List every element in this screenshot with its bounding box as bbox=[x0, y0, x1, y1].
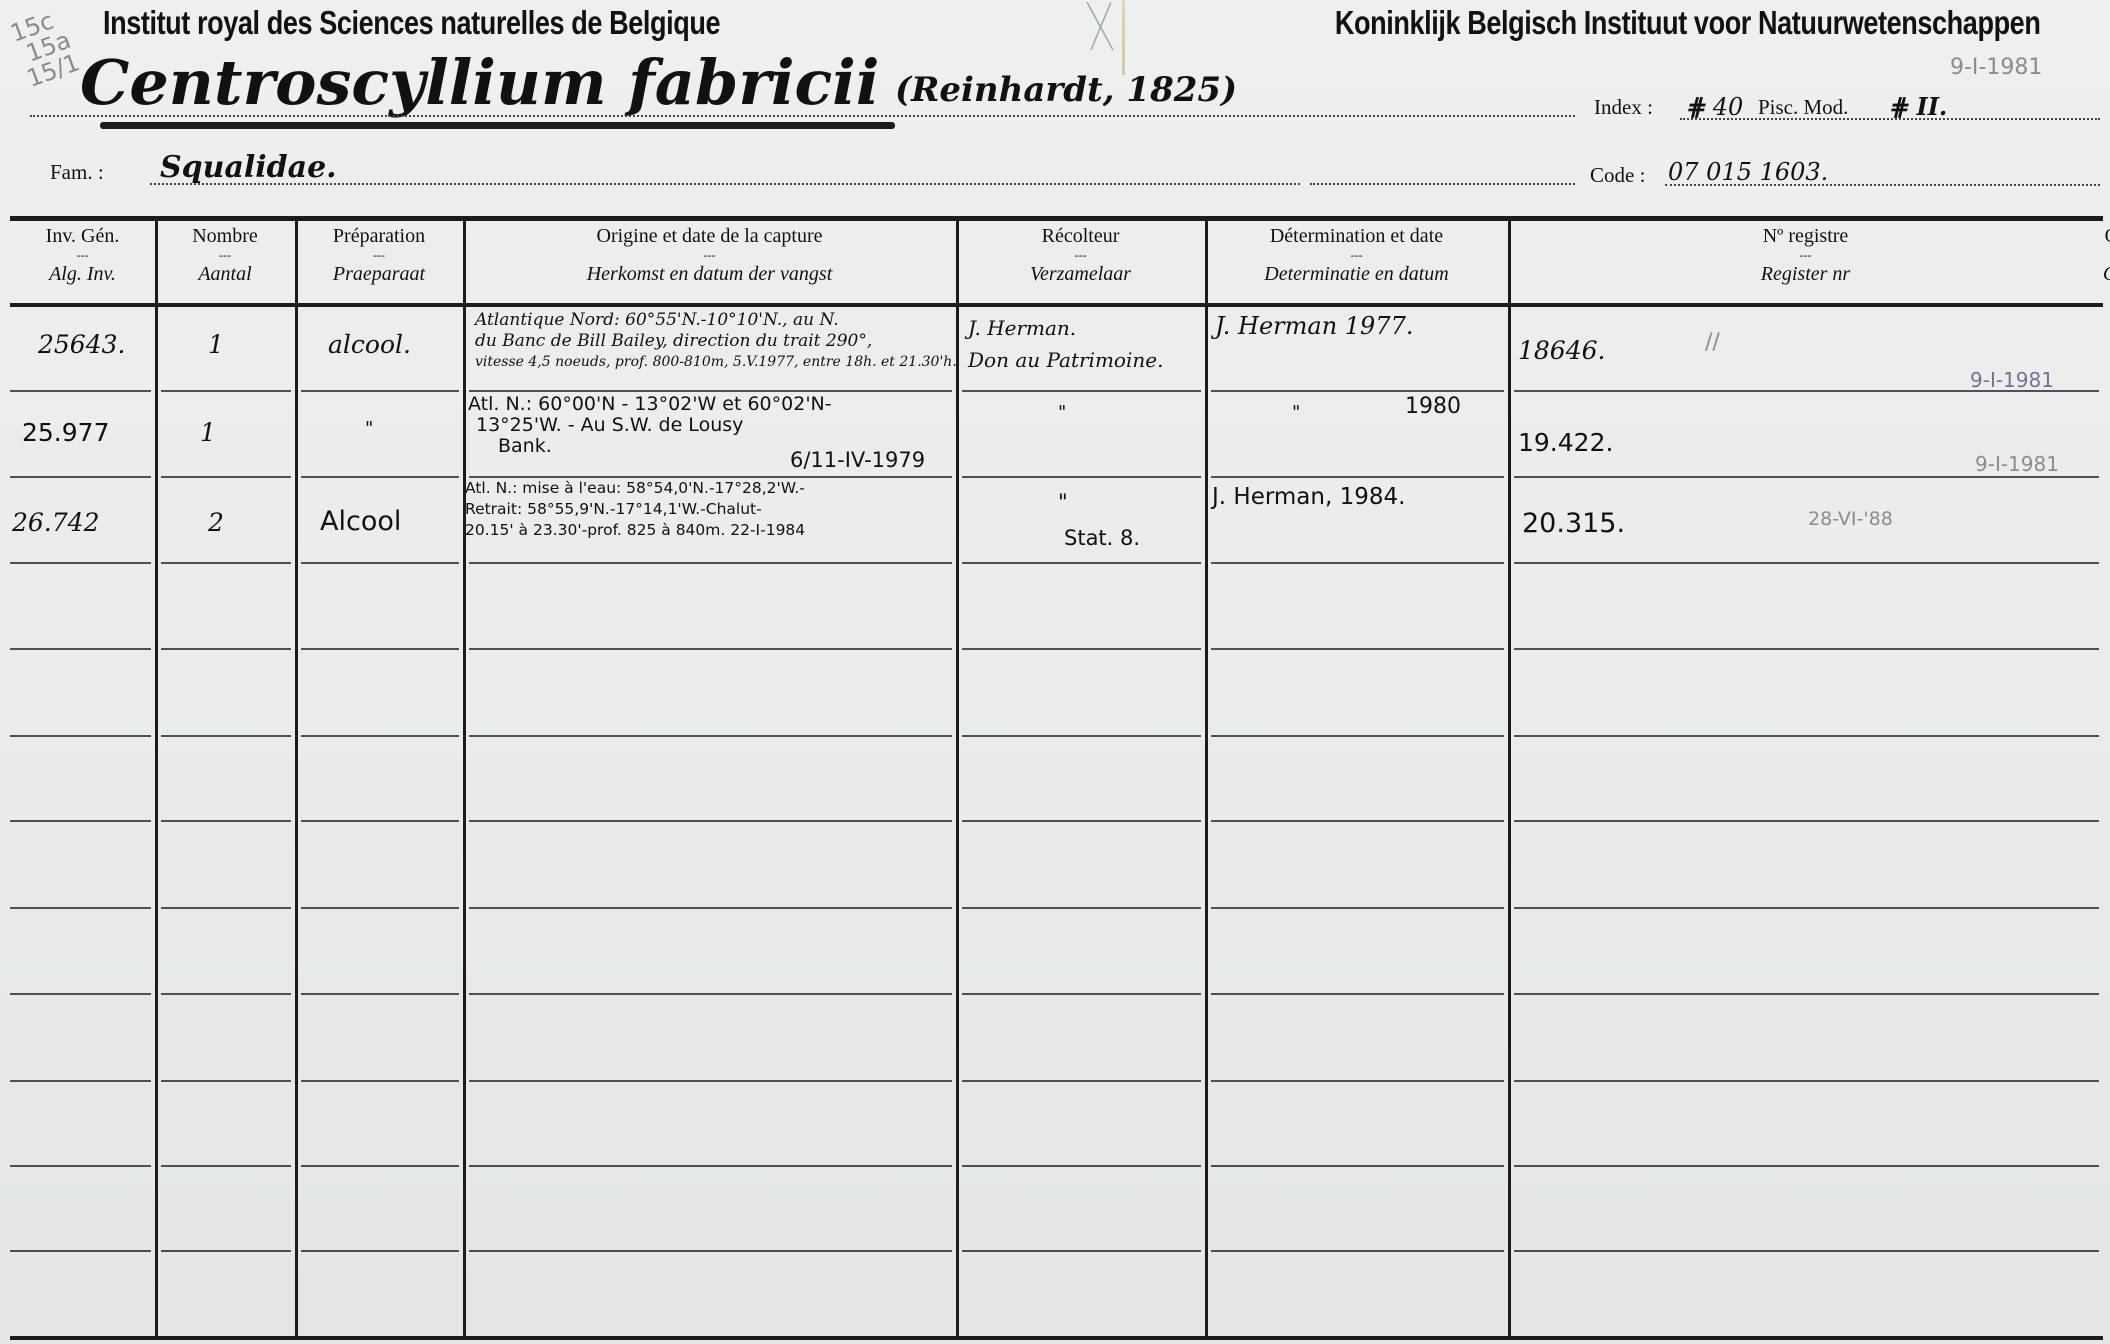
index-number: 40 bbox=[1713, 93, 1744, 121]
column-header-separator: --- bbox=[1508, 248, 2103, 262]
fam-dotted-line bbox=[150, 183, 1300, 185]
row-divider bbox=[161, 820, 291, 822]
pencil-x-mark bbox=[1085, 2, 1115, 52]
row1-recolteur: J. Herman. Don au Patrimoine. bbox=[968, 312, 1163, 376]
row-divider bbox=[1211, 1080, 1504, 1082]
table-bottom-border bbox=[10, 1336, 2103, 1340]
row2-recolteur: " bbox=[1058, 402, 1066, 423]
column-header-nl: Determinatie en datum bbox=[1205, 262, 1508, 286]
column-divider bbox=[956, 218, 959, 1338]
column-divider bbox=[463, 218, 466, 1338]
row-divider bbox=[962, 907, 1201, 909]
row2-nombre: 1 bbox=[200, 418, 216, 447]
row2-determination-year: 1980 bbox=[1405, 394, 1461, 419]
row1-origine-line3: vitesse 4,5 noeuds, prof. 800-810m, 5.V.… bbox=[475, 352, 965, 373]
row1-nombre: 1 bbox=[208, 330, 224, 359]
row1-inv: 25643. bbox=[38, 330, 125, 359]
column-header: Observations---Opmerkingen bbox=[2103, 224, 2110, 286]
column-header-nl: Praeparaat bbox=[295, 262, 463, 286]
row-divider bbox=[10, 1250, 151, 1252]
column-header-separator: --- bbox=[295, 248, 463, 262]
fam-label: Fam. : bbox=[50, 160, 104, 185]
species-underline bbox=[100, 122, 895, 129]
row-divider bbox=[469, 390, 952, 392]
row-divider bbox=[1514, 735, 2099, 737]
column-header-nl: Verzamelaar bbox=[956, 262, 1205, 286]
row3-determination: J. Herman, 1984. bbox=[1212, 484, 1405, 510]
row1-origine: Atlantique Nord: 60°55'N.-10°10'N., au N… bbox=[475, 310, 965, 373]
row-divider bbox=[1514, 1165, 2099, 1167]
row2-registre: 19.422. bbox=[1518, 428, 1613, 457]
row-divider bbox=[161, 562, 291, 564]
row3-recolteur-line1: " bbox=[1050, 484, 1140, 520]
row3-recolteur: " Stat. 8. bbox=[1050, 484, 1140, 556]
row1-preparation: alcool. bbox=[328, 330, 411, 359]
row-divider bbox=[469, 820, 952, 822]
species-name: Centroscyllium fabricii bbox=[80, 48, 879, 118]
row-divider bbox=[962, 820, 1201, 822]
column-header-nl: Herkomst en datum der vangst bbox=[463, 262, 956, 286]
row-divider bbox=[1211, 993, 1504, 995]
column-header-separator: --- bbox=[463, 248, 956, 262]
margin-note: 15c 15a 15/1 bbox=[7, 5, 82, 91]
strike-mark-icon: ⋕ bbox=[1888, 92, 1908, 121]
row3-observations: 28-VI-'88 bbox=[1808, 508, 1893, 530]
column-header: Récolteur---Verzamelaar bbox=[956, 224, 1205, 286]
row3-recolteur-line2: Stat. 8. bbox=[1064, 520, 1140, 556]
row-divider bbox=[301, 1250, 459, 1252]
row-divider bbox=[469, 735, 952, 737]
row-divider bbox=[962, 1080, 1201, 1082]
column-header-fr: Préparation bbox=[295, 224, 463, 248]
row-divider bbox=[1211, 476, 1504, 478]
column-header: Origine et date de la capture---Herkomst… bbox=[463, 224, 956, 286]
row3-origine-line1: Atl. N.: mise à l'eau: 58°54,0'N.-17°28,… bbox=[465, 478, 960, 499]
row-divider bbox=[10, 476, 151, 478]
row2-origine-line2: 13°25'W. - Au S.W. de Lousy bbox=[468, 415, 958, 436]
pisc-mod-label: Pisc. Mod. bbox=[1758, 95, 1848, 120]
row-divider bbox=[301, 820, 459, 822]
row1-observation-date: 9-I-1981 bbox=[1970, 368, 2054, 392]
fam-dotted-line-2 bbox=[1310, 183, 1575, 185]
row-divider bbox=[301, 1165, 459, 1167]
pisc-mod-number: II. bbox=[1916, 92, 1947, 121]
row-divider bbox=[10, 820, 151, 822]
row-divider bbox=[10, 562, 151, 564]
row3-origine-line3: 20.15' à 23.30'-prof. 825 à 840m. 22-I-1… bbox=[465, 520, 960, 541]
row-divider bbox=[469, 1080, 952, 1082]
specimen-card: 15c 15a 15/1 Institut royal des Sciences… bbox=[0, 0, 2110, 1344]
column-header: Détermination et date---Determinatie en … bbox=[1205, 224, 1508, 286]
row-divider bbox=[161, 648, 291, 650]
row-divider bbox=[962, 648, 1201, 650]
column-header: Préparation---Praeparaat bbox=[295, 224, 463, 286]
row-divider bbox=[161, 993, 291, 995]
row-divider bbox=[1211, 1165, 1504, 1167]
row-divider bbox=[1211, 735, 1504, 737]
column-divider bbox=[295, 218, 298, 1338]
row-divider bbox=[10, 1080, 151, 1082]
row2-observation-date: 9-I-1981 bbox=[1975, 452, 2059, 476]
row1-recolteur-line1: J. Herman. bbox=[968, 312, 1163, 344]
row-divider bbox=[469, 562, 952, 564]
row-divider bbox=[1514, 476, 2099, 478]
row1-recolteur-line2: Don au Patrimoine. bbox=[968, 344, 1163, 376]
row-divider bbox=[962, 1250, 1201, 1252]
row-divider bbox=[161, 735, 291, 737]
column-divider bbox=[1205, 218, 1208, 1338]
row-divider bbox=[1514, 820, 2099, 822]
column-divider bbox=[155, 218, 158, 1338]
row-divider bbox=[301, 562, 459, 564]
row-divider bbox=[10, 390, 151, 392]
column-header-fr: Récolteur bbox=[956, 224, 1205, 248]
row3-registre: 20.315. bbox=[1522, 508, 1625, 539]
row3-preparation: Alcool bbox=[320, 506, 401, 537]
column-header-separator: --- bbox=[956, 248, 1205, 262]
column-header-nl: Aantal bbox=[155, 262, 295, 286]
column-header-separator: --- bbox=[155, 248, 295, 262]
row-divider bbox=[962, 476, 1201, 478]
row-divider bbox=[1211, 562, 1504, 564]
row-divider bbox=[161, 476, 291, 478]
column-header: Nº registre---Register nr bbox=[1508, 224, 2103, 286]
row1-observations: // bbox=[1705, 330, 1720, 355]
row-divider bbox=[1211, 820, 1504, 822]
column-header-fr: Nombre bbox=[155, 224, 295, 248]
row-divider bbox=[1211, 907, 1504, 909]
row-divider bbox=[301, 993, 459, 995]
row-divider bbox=[1514, 1080, 2099, 1082]
row3-inv: 26.742 bbox=[12, 508, 99, 537]
column-divider bbox=[1508, 218, 1511, 1338]
row1-registre: 18646. bbox=[1518, 336, 1605, 365]
column-header-fr: Détermination et date bbox=[1205, 224, 1508, 248]
row-divider bbox=[1514, 1250, 2099, 1252]
row-divider bbox=[301, 1080, 459, 1082]
species-dotted-line bbox=[30, 115, 1575, 117]
row-divider bbox=[161, 390, 291, 392]
index-value: ⋕ 40 bbox=[1685, 92, 1743, 121]
row-divider bbox=[161, 907, 291, 909]
species-author: (Reinhardt, 1825) bbox=[895, 70, 1237, 110]
column-header-separator: --- bbox=[10, 248, 155, 262]
column-header-nl: Opmerkingen bbox=[2103, 262, 2110, 286]
row-divider bbox=[469, 1165, 952, 1167]
table-header-bottom-border bbox=[10, 303, 2103, 307]
row1-origine-line2: du Banc de Bill Bailey, direction du tra… bbox=[475, 331, 965, 352]
row3-origine: Atl. N.: mise à l'eau: 58°54,0'N.-17°28,… bbox=[465, 478, 960, 541]
row-divider bbox=[301, 390, 459, 392]
row3-origine-line2: Retrait: 58°55,9'N.-17°14,1'W.-Chalut- bbox=[465, 499, 960, 520]
row-divider bbox=[10, 735, 151, 737]
row-divider bbox=[962, 390, 1201, 392]
row2-preparation: " bbox=[365, 418, 373, 439]
row-divider bbox=[962, 735, 1201, 737]
row-divider bbox=[1211, 648, 1504, 650]
row-divider bbox=[1211, 1250, 1504, 1252]
row2-origine-date: 6/11-IV-1979 bbox=[790, 448, 925, 472]
row-divider bbox=[469, 648, 952, 650]
row-divider bbox=[1514, 993, 2099, 995]
row-divider bbox=[469, 1250, 952, 1252]
row-divider bbox=[10, 1165, 151, 1167]
column-header-fr: Nº registre bbox=[1508, 224, 2103, 248]
row2-determination: " bbox=[1292, 402, 1300, 423]
fam-value: Squalidae. bbox=[160, 150, 337, 185]
column-header-fr: Inv. Gén. bbox=[10, 224, 155, 248]
row-divider bbox=[161, 1080, 291, 1082]
code-dotted-line bbox=[1665, 184, 2100, 186]
row-divider bbox=[962, 1165, 1201, 1167]
code-value: 07 015 1603. bbox=[1668, 158, 1828, 186]
column-header: Inv. Gén.---Alg. Inv. bbox=[10, 224, 155, 286]
index-dotted-line bbox=[1680, 118, 2100, 120]
top-right-date: 9-I-1981 bbox=[1950, 55, 2042, 80]
row-divider bbox=[1514, 907, 2099, 909]
row1-determination: J. Herman 1977. bbox=[1215, 312, 1413, 340]
row2-inv: 25.977 bbox=[22, 418, 109, 447]
row-divider bbox=[301, 735, 459, 737]
row-divider bbox=[1514, 562, 2099, 564]
row-divider bbox=[962, 993, 1201, 995]
row1-origine-line1: Atlantique Nord: 60°55'N.-10°10'N., au N… bbox=[475, 310, 965, 331]
row-divider bbox=[301, 648, 459, 650]
institute-name-fr: Institut royal des Sciences naturelles d… bbox=[103, 4, 720, 42]
row-divider bbox=[1211, 390, 1504, 392]
column-header-nl: Register nr bbox=[1508, 262, 2103, 286]
column-header-separator: --- bbox=[1205, 248, 1508, 262]
fold-crease bbox=[1122, 0, 1125, 75]
row-divider bbox=[469, 993, 952, 995]
column-header-nl: Alg. Inv. bbox=[10, 262, 155, 286]
institute-name-nl: Koninklijk Belgisch Instituut voor Natuu… bbox=[1334, 4, 2040, 42]
column-header: Nombre---Aantal bbox=[155, 224, 295, 286]
column-header-separator: --- bbox=[2103, 248, 2110, 262]
code-label: Code : bbox=[1590, 163, 1645, 188]
row-divider bbox=[10, 907, 151, 909]
row-divider bbox=[301, 907, 459, 909]
row-divider bbox=[469, 907, 952, 909]
row-divider bbox=[161, 1165, 291, 1167]
row2-origine-line1: Atl. N.: 60°00'N - 13°02'W et 60°02'N- bbox=[468, 394, 958, 415]
row3-nombre: 2 bbox=[208, 508, 224, 537]
strike-mark-icon: ⋕ bbox=[1685, 92, 1705, 121]
row-divider bbox=[10, 648, 151, 650]
row-divider bbox=[962, 562, 1201, 564]
column-header-fr: Origine et date de la capture bbox=[463, 224, 956, 248]
row-divider bbox=[10, 993, 151, 995]
column-header-fr: Observations bbox=[2103, 224, 2110, 248]
pisc-mod-value: ⋕ II. bbox=[1888, 92, 1947, 121]
row-divider bbox=[161, 1250, 291, 1252]
row-divider bbox=[301, 476, 459, 478]
index-label: Index : bbox=[1594, 95, 1653, 120]
table-top-border bbox=[10, 216, 2103, 221]
row-divider bbox=[1514, 648, 2099, 650]
